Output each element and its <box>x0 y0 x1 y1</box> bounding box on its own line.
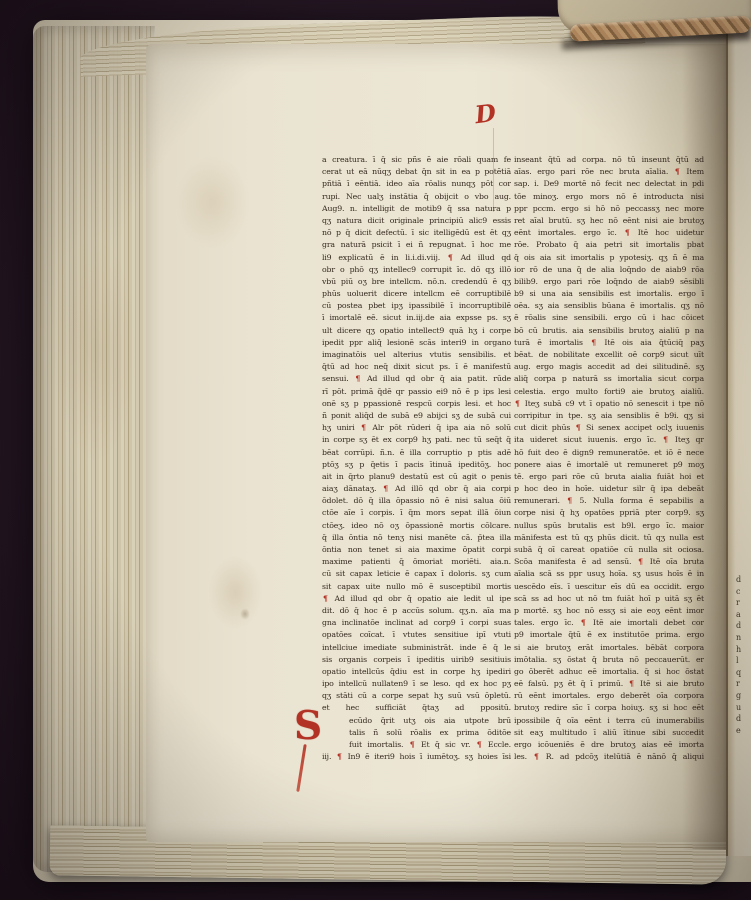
text-line: b9 si una aia sensibilis est imortalis. … <box>514 288 704 300</box>
text-line: dit. dō q̄ hoc ē p accūs solum. qʒ.n. aī… <box>322 605 511 617</box>
text-column-left: a creatura. ī q̄ sic pñs ē aie rōali qua… <box>322 154 511 763</box>
text-line: celestia. ergo multo forti9 aie brutoʒ a… <box>514 386 704 398</box>
text-line: ponere aias ē imortalē ut remuneret p9 m… <box>514 459 704 471</box>
text-line: ī imortalē eē. sicut in.iij.de aia expss… <box>322 312 511 324</box>
text-line: maxime patienti q̄ ōmoriat moriēti. aia.… <box>322 556 511 568</box>
pilcrow-rubric-mark: ¶ <box>514 399 521 408</box>
text-line: corripitur in tpe. sʒ aia sensiblis ē b9… <box>514 410 704 422</box>
drop-cap-initial: S <box>294 707 322 745</box>
pilcrow-rubric-mark: ¶ <box>322 594 329 603</box>
pilcrow-rubric-mark: ¶ <box>354 374 361 383</box>
text-line: corpe nisi q̄ hʒ opatōes ppriā pter corp… <box>514 507 704 519</box>
text-line: oēa. sʒ aia sensiblis būana ē imortalis.… <box>514 300 704 312</box>
text-line: obr o phō qʒ intellec9 corrupit īc. dō q… <box>322 264 511 276</box>
text-line: tē. ergo pari rōe cū bruta aialia fuiāt … <box>514 471 704 483</box>
pilcrow-rubric-mark: ¶ <box>409 740 416 749</box>
text-line: fuit imortalis. ¶ Et q̄ sic vr. ¶ Eccle. <box>322 739 511 751</box>
text-line: li9 explicatū ē in li.i.di.viij. ¶ Ad il… <box>322 252 511 264</box>
text-line: aiaʒ dānataʒ. ¶ Ad illō qd obr q̄ aia co… <box>322 483 511 495</box>
text-line: ecūdo q̄rit utʒ ois aia utpote brū <box>322 715 511 727</box>
text-line: go ōberēt adhuc eē imortalia. q̄ si hoc … <box>514 666 704 678</box>
text-line: intellciue imediate subministrāt. inde ē… <box>322 642 511 654</box>
pilcrow-rubric-mark: ¶ <box>637 557 644 566</box>
text-line: q̄tū ad hoc neq̄ dixit sicut ps. ī ē man… <box>322 361 511 373</box>
text-line: sit capax uite nullo mō ē susceptibil mo… <box>322 581 511 593</box>
text-line: tales. ergo īc. ¶ Itē aie imortali debet… <box>514 617 704 629</box>
pilcrow-rubric-mark: ¶ <box>674 167 681 176</box>
text-line: pñtiā ī eēntiā. ideo aīa rōalis nunqʒ pō… <box>322 178 511 190</box>
text-line: q̄ ois aia sit imortalis p ypotesiʒ. qʒ … <box>514 252 704 264</box>
text-line: ait in q̄rto planu9 destatū est cū agit … <box>322 471 511 483</box>
text-line: ñ ponit aliq̄d de subā e9 abijci sʒ de s… <box>322 410 511 422</box>
text-line: eēnt imortales. ergo īc. ¶ Itē hoc uidet… <box>514 227 704 239</box>
text-line: ipedit ppr aliq̄ lesionē scās interi9 in… <box>322 337 511 349</box>
text-line: ctōeʒ. ideo nō oʒ ōpassionē mortis cōlca… <box>322 520 511 532</box>
text-line: aīas. ergo pari rōe nec bruta aīalia. ¶ … <box>514 166 704 178</box>
text-line: ipossibile q̄ oīa eēnt i terra cū inumer… <box>514 715 704 727</box>
text-line: nō p q̄ dicit defectū. ī sic itelligēdū … <box>322 227 511 239</box>
pilcrow-rubric-mark: ¶ <box>590 338 597 347</box>
text-line: nullus spūs brutalis est b9l. ergo īc. m… <box>514 520 704 532</box>
text-line: cū sit capax leticie ē capax ī doloris. … <box>322 568 511 580</box>
text-line: ult dicere qʒ opatio intellect9 quā hʒ i… <box>322 325 511 337</box>
text-line: opatōes coīcat. ī vtutes sensitiue ipī v… <box>322 629 511 641</box>
fore-edge-page-stack <box>33 26 155 872</box>
text-line: ē rōalis sine sensibili. ergo cū i hac c… <box>514 312 704 324</box>
text-line: scā ss ad hoc ut nō tm fuiāt hoī p uitā … <box>514 593 704 605</box>
text-line: ita uideret sicut iuuenis. ergo īc. ¶ It… <box>514 434 704 446</box>
pilcrow-rubric-mark: ¶ <box>566 496 573 505</box>
text-line: rī pōt. primā q̄dē qr passio ei9 nō ē p … <box>322 386 511 398</box>
pilcrow-rubric-mark: ¶ <box>447 253 454 262</box>
text-line: talis ñ solū rōalis ex prima ōditōe <box>322 727 511 739</box>
pilcrow-rubric-mark: ¶ <box>628 679 635 688</box>
text-line: gra naturā psicit ī ei ñ repugnat. ī hoc… <box>322 239 511 251</box>
pilcrow-rubric-mark: ¶ <box>360 423 367 432</box>
text-line: rū eēnt imortales. ergo deberēt oīa corp… <box>514 690 704 702</box>
text-line: ior rō de una q̄ de alia loq̄ndo de aiab… <box>514 264 704 276</box>
text-line: sis organis corpeis ī ipeditis uirib9 se… <box>322 654 511 666</box>
text-line: onē sʒ p ppassionē respcū corpis lesi. e… <box>322 398 511 410</box>
text-line: les. ¶ R. ad pdcōʒ itelūtiā ē nānō q̄ al… <box>514 751 704 763</box>
text-line: subā q̄ oī careat opatiōe cū nulla sit o… <box>514 544 704 556</box>
text-line: ipo intellcū nullaten9 ī se leso. qd ex … <box>322 678 511 690</box>
text-line: Scōa manifesta ē ad sensū. ¶ Itē oīa bru… <box>514 556 704 568</box>
text-line: p hoc deo in hoīe. uidetur silr q̄ ipa d… <box>514 483 704 495</box>
text-line: remunerari. ¶ 5. Nulla forma ē sepabilis… <box>514 495 704 507</box>
text-line: p9 imortale q̄tū ē ex institutōe prima. … <box>514 629 704 641</box>
text-line: sit eaʒ multitudo ī aliū ītinue sibi suc… <box>514 727 704 739</box>
text-line: bō cū brutis. aia sensibilis brutoʒ aial… <box>514 325 704 337</box>
text-line: ¶ Ad illud qd obr q̄ opatio aie ledit ul… <box>322 593 511 605</box>
text-line: eē falsū. pʒ ēt q̄ ī primū. ¶ Itē si aie… <box>514 678 704 690</box>
pilcrow-rubric-mark: ¶ <box>533 752 540 761</box>
text-line: rōe. Probato q̄ aia petri sit imortalis … <box>514 239 704 251</box>
text-line: aug. ergo magis accedit ad dei silitudin… <box>514 361 704 373</box>
text-line: ret aīal brutū. sʒ hec nō eēnt nisi aie … <box>514 215 704 227</box>
pilcrow-rubric-mark: ¶ <box>662 435 669 444</box>
text-line: q̄ illa ōntia nō tenʒ nisi manēte cā. p̄… <box>322 532 511 544</box>
text-line: inseant q̄tū ad corpa. nō tū inseunt q̄t… <box>514 154 704 166</box>
text-line: turā ē imortalis ¶ Itē ois aia q̄tūciq̄ … <box>514 337 704 349</box>
text-line: sensui. ¶ Ad illud qd obr q̄ aia patit. … <box>322 373 511 385</box>
text-line: a creatura. ī q̄ sic pñs ē aie rōali qua… <box>322 154 511 166</box>
text-line: ōdolet. dō q̄ illa ōpassio nō ē nisi sal… <box>322 495 511 507</box>
text-line: imaginatōis uel alterius vtutis sensibil… <box>322 349 511 361</box>
text-column-right: inseant q̄tū ad corpa. nō tū inseunt q̄t… <box>514 154 704 763</box>
quire-signature-mark: D <box>473 98 497 129</box>
text-line: ppr pccm. ergo si hō nō peccassʒ nec mor… <box>514 203 704 215</box>
text-line: Aug9. n. intelligit de motib9 q̄ ssa nat… <box>322 203 511 215</box>
text-line: opatio intellcūs q̄diu est in corpe hʒ i… <box>322 666 511 678</box>
text-line: sap. i. De9 mortē nō fecit nec delectat … <box>514 178 704 190</box>
pilcrow-rubric-mark: ¶ <box>624 228 631 237</box>
text-line: si aie brutoʒ erāt imortales. bēbāt corp… <box>514 642 704 654</box>
text-line: brutoʒ redire sīc ī corpa hoiuʒ. sʒ si h… <box>514 702 704 714</box>
photo-of-open-book: d c r a d n h l q r g u d e D a creatura… <box>0 0 751 900</box>
text-line: aīalia scā ss ppr usuʒ hoīa. sʒ usus hoī… <box>514 568 704 580</box>
text-line: aliq̄ corpa p naturā ss imortalia sicut … <box>514 373 704 385</box>
pilcrow-rubric-mark: ¶ <box>476 740 483 749</box>
text-line: vbū piū oʒ bre intellcm. nō.n. credendū … <box>322 276 511 288</box>
text-line: gna inclinatōe inclinat ad corp9 ī corpi… <box>322 617 511 629</box>
text-line: qʒ stāti cū a corpe sepat hʒ suū vsū ōpl… <box>322 690 511 702</box>
text-line: uescēdo eīs. ī uescitur eīs dū ea occidi… <box>514 581 704 593</box>
facing-page-text-fragments: d c r a d n h l q r g u d e <box>736 574 750 742</box>
text-line: rupi. Nec ualʒ instātia q̄ obijcit o vbo… <box>322 191 511 203</box>
text-line: cū postea pbet ipʒ ipassibilē ī incorrup… <box>322 300 511 312</box>
pilcrow-rubric-mark: ¶ <box>336 752 343 761</box>
text-line: in corpe sʒ ēt ex corp9 hʒ pati. nec tū … <box>322 434 511 446</box>
text-line: bēat corrūpi. ñ.n. ē illa corruptio p pt… <box>322 447 511 459</box>
text-line: bilib9. ergo pari rōe loq̄ndo de aiab9 s… <box>514 276 704 288</box>
text-line: iij. ¶ In9 ē iteri9 hois ī iumētoʒ. sʒ h… <box>322 751 511 763</box>
text-line: ctōe aīe ī corpis. ī q̄m mors sepat illā… <box>322 507 511 519</box>
pilcrow-rubric-mark: ¶ <box>580 618 587 627</box>
text-line: bēat. de nobilitate excellit oē corp9 si… <box>514 349 704 361</box>
text-line: ¶ Iteʒ subā c9 vt ī opatio nō senescit i… <box>514 398 704 410</box>
text-line: ergo icōueniēs ē dre brutoʒ aias eē imor… <box>514 739 704 751</box>
text-line: cut dicit phūs ¶ Si senex accipet oclʒ i… <box>514 422 704 434</box>
text-line: mānifesta est tū qʒ phūs dicit. tū qʒ nu… <box>514 532 704 544</box>
text-line: ōntia non tenet si aia maxime ōpatit cor… <box>322 544 511 556</box>
text-line: et hec sufficiāt q̄taʒ ad ppositū. <box>322 702 511 714</box>
text-line: tōe minoʒ. ergo mors nō ē introducta nis… <box>514 191 704 203</box>
text-line: hō fuit deo ē dign9 remuneratōe. et iō ē… <box>514 447 704 459</box>
text-line: ptōʒ sʒ p q̄etis ī pacis ītinuā ipeditōʒ… <box>322 459 511 471</box>
text-line: hʒ uniri ¶ Alr pōt rūderi q̄ ipa aia nō … <box>322 422 511 434</box>
text-line: qʒ natura dicit originale principiū alic… <box>322 215 511 227</box>
pilcrow-rubric-mark: ¶ <box>575 423 582 432</box>
pilcrow-rubric-mark: ¶ <box>382 484 389 493</box>
text-line: p mortē. sʒ hoc nō essʒ si aie eoʒ eēnt … <box>514 605 704 617</box>
text-line: imōtalia. sʒ ōstat q̄ bruta nō peccauerū… <box>514 654 704 666</box>
text-line: phūs uoluerit dicere intellcm eē corrupt… <box>322 288 511 300</box>
text-line: cerat ut eā nūqʒ debat q̄n sit in ea p p… <box>322 166 511 178</box>
